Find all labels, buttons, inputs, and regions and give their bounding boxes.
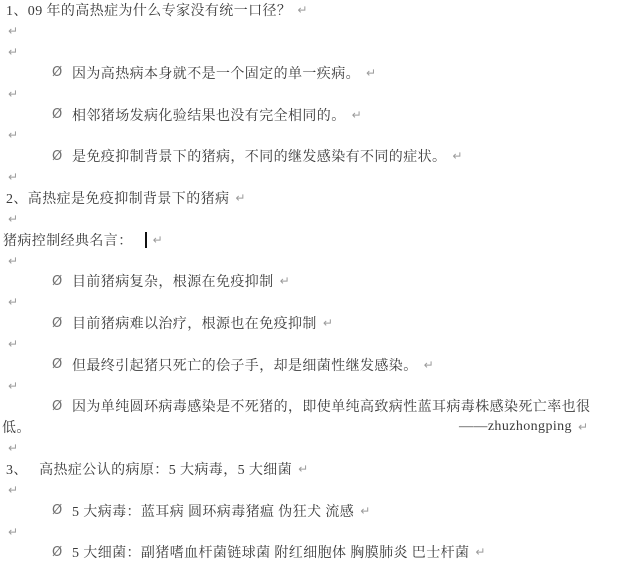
- paragraph-mark-icon: ↵: [298, 462, 308, 476]
- document-line[interactable]: ↵: [0, 21, 624, 42]
- document-line[interactable]: ↵: [0, 167, 624, 188]
- paragraph-mark-icon: ↵: [280, 274, 290, 288]
- line-text: 是免疫抑制背景下的猪病，不同的继发感染有不同的症状。: [72, 146, 446, 166]
- document-line[interactable]: 猪病控制经典名言：↵: [0, 229, 624, 250]
- line-text: 3、 高热症公认的病原：5 大病毒，5 大细菌: [6, 459, 292, 479]
- line-text: 但最终引起猪只死亡的侩子手，却是细菌性继发感染。: [72, 355, 418, 375]
- document-line[interactable]: ↵: [0, 438, 624, 459]
- line-text: 因为高热病本身就不是一个固定的单一疾病。: [72, 63, 360, 83]
- document-page[interactable]: 1、09 年的高热症为什么专家没有统一口径？↵↵↵Ø因为高热病本身就不是一个固定…: [0, 0, 624, 563]
- document-line[interactable]: ↵: [0, 208, 624, 229]
- paragraph-mark-icon: ↵: [8, 87, 18, 101]
- paragraph-mark-icon: ↵: [424, 358, 434, 372]
- document-line[interactable]: Ø因为高热病本身就不是一个固定的单一疾病。↵: [0, 63, 624, 84]
- bullet-icon: Ø: [52, 545, 72, 560]
- document-line[interactable]: ↵: [0, 250, 624, 271]
- paragraph-mark-icon: ↵: [352, 108, 362, 122]
- line-text: 相邻猪场发病化验结果也没有完全相同的。: [72, 105, 346, 125]
- attribution-text: ——zhuzhongping: [459, 419, 572, 435]
- document-line[interactable]: Ø目前猪病复杂，根源在免疫抑制↵: [0, 271, 624, 292]
- line-text: 5 大病毒：蓝耳病 圆环病毒猪瘟 伪狂犬 流感: [72, 501, 354, 521]
- bullet-icon: Ø: [52, 65, 72, 80]
- paragraph-mark-icon: ↵: [153, 233, 163, 247]
- document-line[interactable]: Ø目前猪病难以治疗，根源也在免疫抑制↵: [0, 313, 624, 334]
- line-text: 低。: [2, 417, 31, 437]
- paragraph-mark-icon: ↵: [8, 295, 18, 309]
- paragraph-mark-icon: ↵: [8, 525, 18, 539]
- document-line[interactable]: ↵: [0, 83, 624, 104]
- line-text: 因为单纯圆环病毒感染是不死猪的，即使单纯高致病性蓝耳病毒株感染死亡率也很: [72, 396, 590, 416]
- document-line[interactable]: ↵: [0, 375, 624, 396]
- line-text: 5 大细菌：副猪嗜血杆菌链球菌 附红细胞体 胸膜肺炎 巴士杆菌: [72, 542, 469, 562]
- paragraph-mark-icon: ↵: [297, 3, 307, 17]
- paragraph-mark-icon: ↵: [8, 45, 18, 59]
- paragraph-mark-icon: ↵: [360, 504, 370, 518]
- paragraph-mark-icon: ↵: [8, 483, 18, 497]
- document-line[interactable]: Ø5 大细菌：副猪嗜血杆菌链球菌 附红细胞体 胸膜肺炎 巴士杆菌↵: [0, 542, 624, 563]
- text-cursor: [145, 232, 147, 248]
- paragraph-mark-icon: ↵: [8, 24, 18, 38]
- document-line[interactable]: ↵: [0, 479, 624, 500]
- paragraph-mark-icon: ↵: [475, 545, 485, 559]
- paragraph-mark-icon: ↵: [8, 254, 18, 268]
- document-line[interactable]: ↵: [0, 521, 624, 542]
- document-line[interactable]: ↵: [0, 334, 624, 355]
- document-line[interactable]: 1、09 年的高热症为什么专家没有统一口径？↵: [0, 0, 624, 21]
- bullet-icon: Ø: [52, 149, 72, 164]
- document-line[interactable]: 低。——zhuzhongping↵: [0, 417, 624, 438]
- document-line[interactable]: Ø是免疫抑制背景下的猪病，不同的继发感染有不同的症状。↵: [0, 146, 624, 167]
- document-line[interactable]: Ø相邻猪场发病化验结果也没有完全相同的。↵: [0, 104, 624, 125]
- bullet-icon: Ø: [52, 357, 72, 372]
- paragraph-mark-icon: ↵: [323, 316, 333, 330]
- bullet-icon: Ø: [52, 503, 72, 518]
- document-line[interactable]: Ø因为单纯圆环病毒感染是不死猪的，即使单纯高致病性蓝耳病毒株感染死亡率也很: [0, 396, 624, 417]
- paragraph-mark-icon: ↵: [8, 441, 18, 455]
- document-line[interactable]: 2、高热症是免疫抑制背景下的猪病↵: [0, 188, 624, 209]
- bullet-icon: Ø: [52, 107, 72, 122]
- document-line[interactable]: Ø但最终引起猪只死亡的侩子手，却是细菌性继发感染。↵: [0, 354, 624, 375]
- bullet-icon: Ø: [52, 399, 72, 414]
- document-line[interactable]: ↵: [0, 42, 624, 63]
- paragraph-mark-icon: ↵: [8, 337, 18, 351]
- line-text: 目前猪病难以治疗，根源也在免疫抑制: [72, 313, 317, 333]
- line-text: 猪病控制经典名言：: [3, 230, 133, 250]
- bullet-icon: Ø: [52, 316, 72, 331]
- document-line[interactable]: ↵: [0, 292, 624, 313]
- paragraph-mark-icon: ↵: [452, 149, 462, 163]
- line-text: 2、高热症是免疫抑制背景下的猪病: [6, 188, 229, 208]
- document-line[interactable]: 3、 高热症公认的病原：5 大病毒，5 大细菌↵: [0, 459, 624, 480]
- document-line[interactable]: ↵: [0, 125, 624, 146]
- line-text: 1、09 年的高热症为什么专家没有统一口径？: [6, 0, 291, 20]
- paragraph-mark-icon: ↵: [8, 212, 18, 226]
- paragraph-mark-icon: ↵: [235, 191, 245, 205]
- paragraph-mark-icon: ↵: [366, 66, 376, 80]
- bullet-icon: Ø: [52, 274, 72, 289]
- paragraph-mark-icon: ↵: [578, 420, 588, 434]
- line-text: 目前猪病复杂，根源在免疫抑制: [72, 271, 274, 291]
- document-line[interactable]: Ø5 大病毒：蓝耳病 圆环病毒猪瘟 伪狂犬 流感↵: [0, 500, 624, 521]
- paragraph-mark-icon: ↵: [8, 128, 18, 142]
- paragraph-mark-icon: ↵: [8, 170, 18, 184]
- paragraph-mark-icon: ↵: [8, 379, 18, 393]
